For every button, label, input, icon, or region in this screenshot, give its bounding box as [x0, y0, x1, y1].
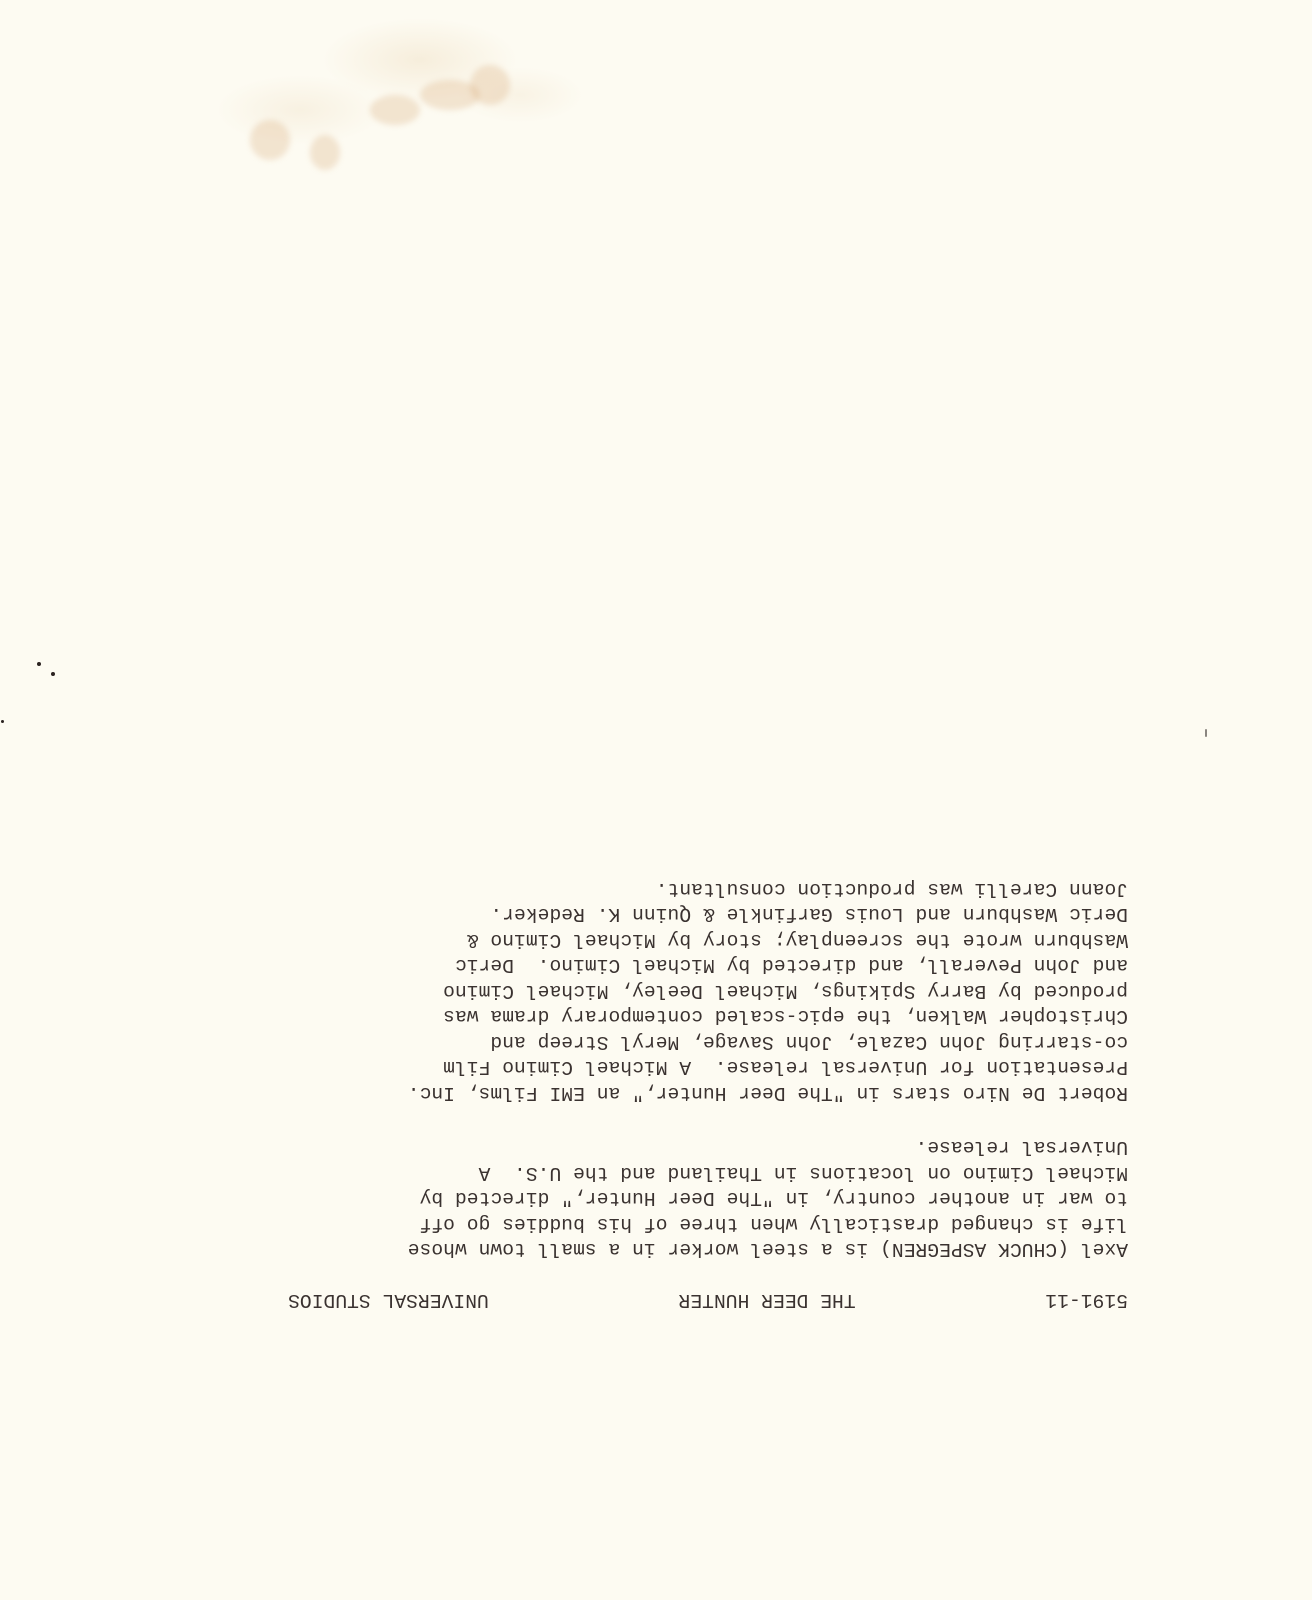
- text-line: Axel (CHUCK ASPEGREN) is a steel worker …: [168, 1236, 1128, 1262]
- text-line: Michael Cimino on locations in Thailand …: [168, 1160, 1128, 1186]
- text-line: to war in another country, in "The Deer …: [168, 1185, 1128, 1211]
- press-release-sheet: 5191-11 THE DEER HUNTER UNIVERSAL STUDIO…: [0, 0, 1312, 1600]
- text-line: Deric Washburn and Louis Garfinkle & Qui…: [168, 901, 1128, 927]
- text-line: Robert De Niro stars in "The Deer Hunter…: [168, 1080, 1128, 1106]
- text-line: Christopher Walken, the epic-scaled cont…: [168, 1003, 1128, 1029]
- caption-paragraph-1: Axel (CHUCK ASPEGREN) is a steel worker …: [168, 1134, 1128, 1262]
- text-line: Presentation for Universal release. A Mi…: [168, 1054, 1128, 1080]
- text-line: produced by Barry Spikings, Michael Deel…: [168, 978, 1128, 1004]
- typed-text-block: 5191-11 THE DEER HUNTER UNIVERSAL STUDIO…: [168, 847, 1128, 1313]
- film-title: THE DEER HUNTER: [678, 1287, 855, 1313]
- text-line: life is changed drastically when three o…: [168, 1211, 1128, 1237]
- release-code: 5191-11: [1045, 1287, 1128, 1313]
- text-line: Joann Carelli was production consultant.: [168, 876, 1128, 902]
- text-line: Washburn wrote the screenplay; story by …: [168, 927, 1128, 953]
- text-line: co-starring John Cazale, John Savage, Me…: [168, 1029, 1128, 1055]
- text-line: and John Peverall, and directed by Micha…: [168, 952, 1128, 978]
- text-line: Universal release.: [168, 1134, 1128, 1160]
- document-header: 5191-11 THE DEER HUNTER UNIVERSAL STUDIO…: [288, 1287, 1128, 1313]
- caption-paragraph-2: Robert De Niro stars in "The Deer Hunter…: [168, 876, 1128, 1106]
- studio-name: UNIVERSAL STUDIOS: [288, 1287, 489, 1313]
